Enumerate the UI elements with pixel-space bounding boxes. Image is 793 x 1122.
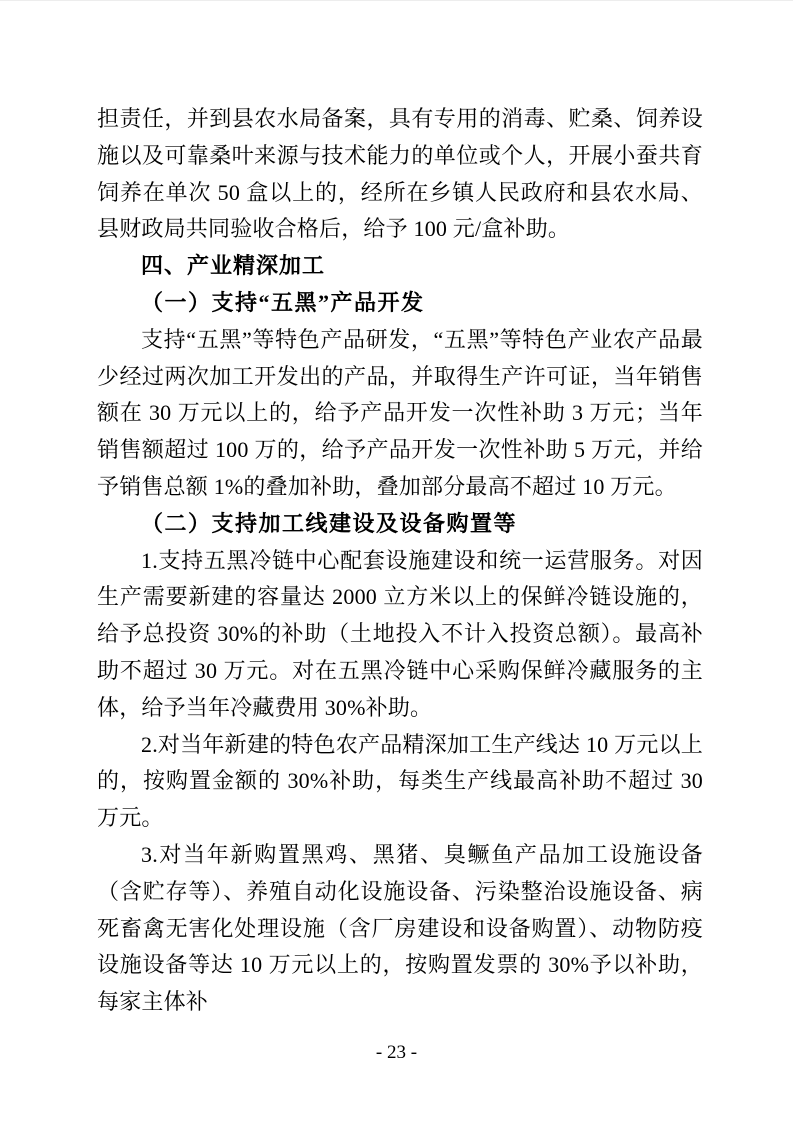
page-number: - 23 - — [0, 1041, 793, 1065]
paragraph-product-development: 支持“五黑”等特色产品研发，“五黑”等特色产业农产品最少经过两次加工开发出的产品… — [97, 322, 703, 506]
continuation-paragraph: 担责任，并到县农水局备案，具有专用的消毒、贮桑、饲养设施以及可靠桑叶来源与技术能… — [97, 101, 703, 248]
section-heading: 四、产业精深加工 — [97, 248, 703, 285]
subsection-heading-1: （一）支持“五黑”产品开发 — [97, 285, 703, 322]
paragraph-production-line: 2.对当年新建的特色农产品精深加工生产线达 10 万元以上的，按购置金额的 30… — [97, 727, 703, 837]
document-body: 担责任，并到县农水局备案，具有专用的消毒、贮桑、饲养设施以及可靠桑叶来源与技术能… — [97, 101, 703, 1021]
document-page: 担责任，并到县农水局备案，具有专用的消毒、贮桑、饲养设施以及可靠桑叶来源与技术能… — [0, 0, 793, 1122]
paragraph-equipment-purchase: 3.对当年新购置黑鸡、黑猪、臭鳜鱼产品加工设施设备（含贮存等）、养殖自动化设施设… — [97, 837, 703, 1021]
subsection-heading-2: （二）支持加工线建设及设备购置等 — [97, 506, 703, 543]
paragraph-cold-chain: 1.支持五黑冷链中心配套设施建设和统一运营服务。对因生产需要新建的容量达 200… — [97, 543, 703, 727]
